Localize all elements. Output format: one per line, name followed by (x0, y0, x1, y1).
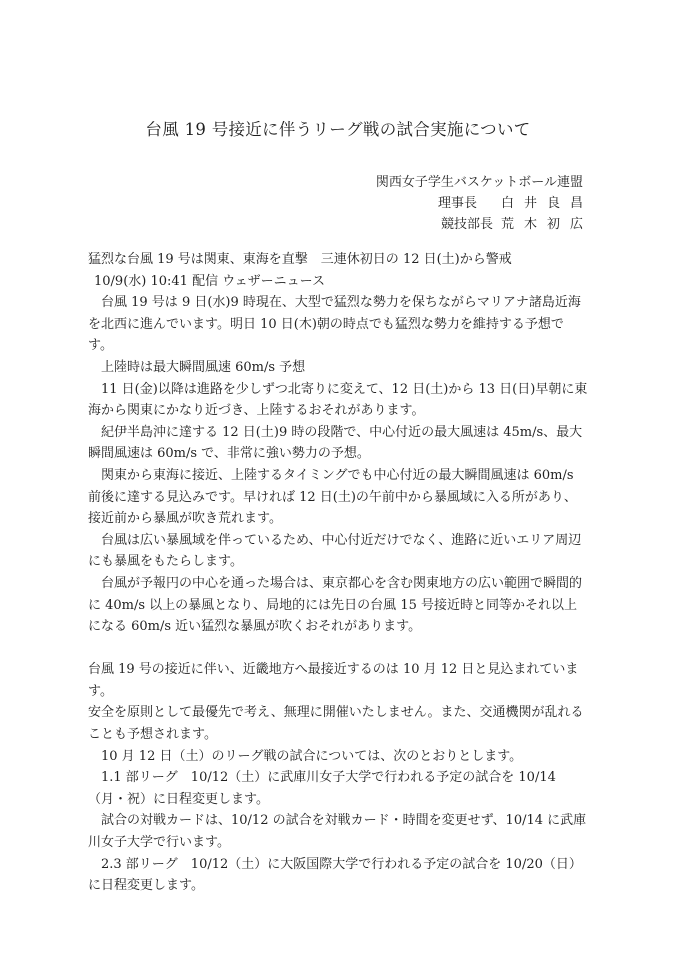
signer-name: 白井良昌 (501, 192, 593, 211)
news-headline: 猛烈な台風 19 号は関東、東海を直撃 三連休初日の 12 日(土)から警戒 (88, 249, 588, 271)
signer-chairman: 理事長白井良昌 (438, 192, 583, 211)
news-paragraph: 11 日(金)以降は進路を少しずつ北寄りに変えて、12 日(土)から 13 日(… (88, 379, 588, 422)
signer-competition-director: 競技部長荒木初広 (441, 213, 583, 232)
notice-item: 試合の対戦カードは、10/12 の試合を対戦カード・時間を変更せず、10/14 … (88, 810, 588, 853)
notice-line: 台風 19 号の接近に伴い、近畿地方へ最接近するのは 10 月 12 日と見込ま… (88, 659, 588, 702)
signer-role: 理事長 (438, 192, 477, 211)
document-body: 猛烈な台風 19 号は関東、東海を直撃 三連休初日の 12 日(土)から警戒 1… (88, 249, 588, 897)
news-paragraph: 関東から東海に接近、上陸するタイミングでも中心付近の最大瞬間風速は 60m/s … (88, 465, 588, 530)
news-paragraph: 台風は広い暴風域を伴っているため、中心付近だけでなく、進路に近いエリア周辺にも暴… (88, 530, 588, 573)
notice-item: 1.1 部リーグ 10/12（土）に武庫川女子大学で行われる予定の試合を 10/… (88, 767, 588, 810)
news-paragraph: 紀伊半島沖に達する 12 日(土)9 時の段階で、中心付近の最大風速は 45m/… (88, 422, 588, 465)
signer-name: 荒木初広 (501, 213, 593, 232)
spacer (88, 638, 588, 660)
notice-line: 10 月 12 日（土）のリーグ戦の試合については、次のとおりとします。 (88, 746, 588, 768)
notice-item: 2.3 部リーグ 10/12（土）に大阪国際大学で行われる予定の試合を 10/2… (88, 854, 588, 897)
organization-name: 関西女子学生バスケットボール連盟 (376, 171, 583, 190)
document-title: 台風 19 号接近に伴うリーグ戦の試合実施について (0, 116, 676, 140)
signer-role: 競技部長 (441, 213, 493, 232)
document-page: 台風 19 号接近に伴うリーグ戦の試合実施について 関西女子学生バスケットボール… (0, 0, 676, 956)
news-subheading: 上陸時は最大瞬間風速 60m/s 予想 (88, 357, 588, 379)
news-paragraph: 台風 19 号は 9 日(水)9 時現在、大型で猛烈な勢力を保ちながらマリアナ諸… (88, 292, 588, 357)
news-dateline: 10/9(水) 10:41 配信 ウェザーニュース (88, 271, 588, 293)
notice-line: 安全を原則として最優先で考え、無理に開催いたしません。また、交通機関が乱れること… (88, 702, 588, 745)
news-paragraph: 台風が予報円の中心を通った場合は、東京都心を含む関東地方の広い範囲で瞬間的に 4… (88, 573, 588, 638)
